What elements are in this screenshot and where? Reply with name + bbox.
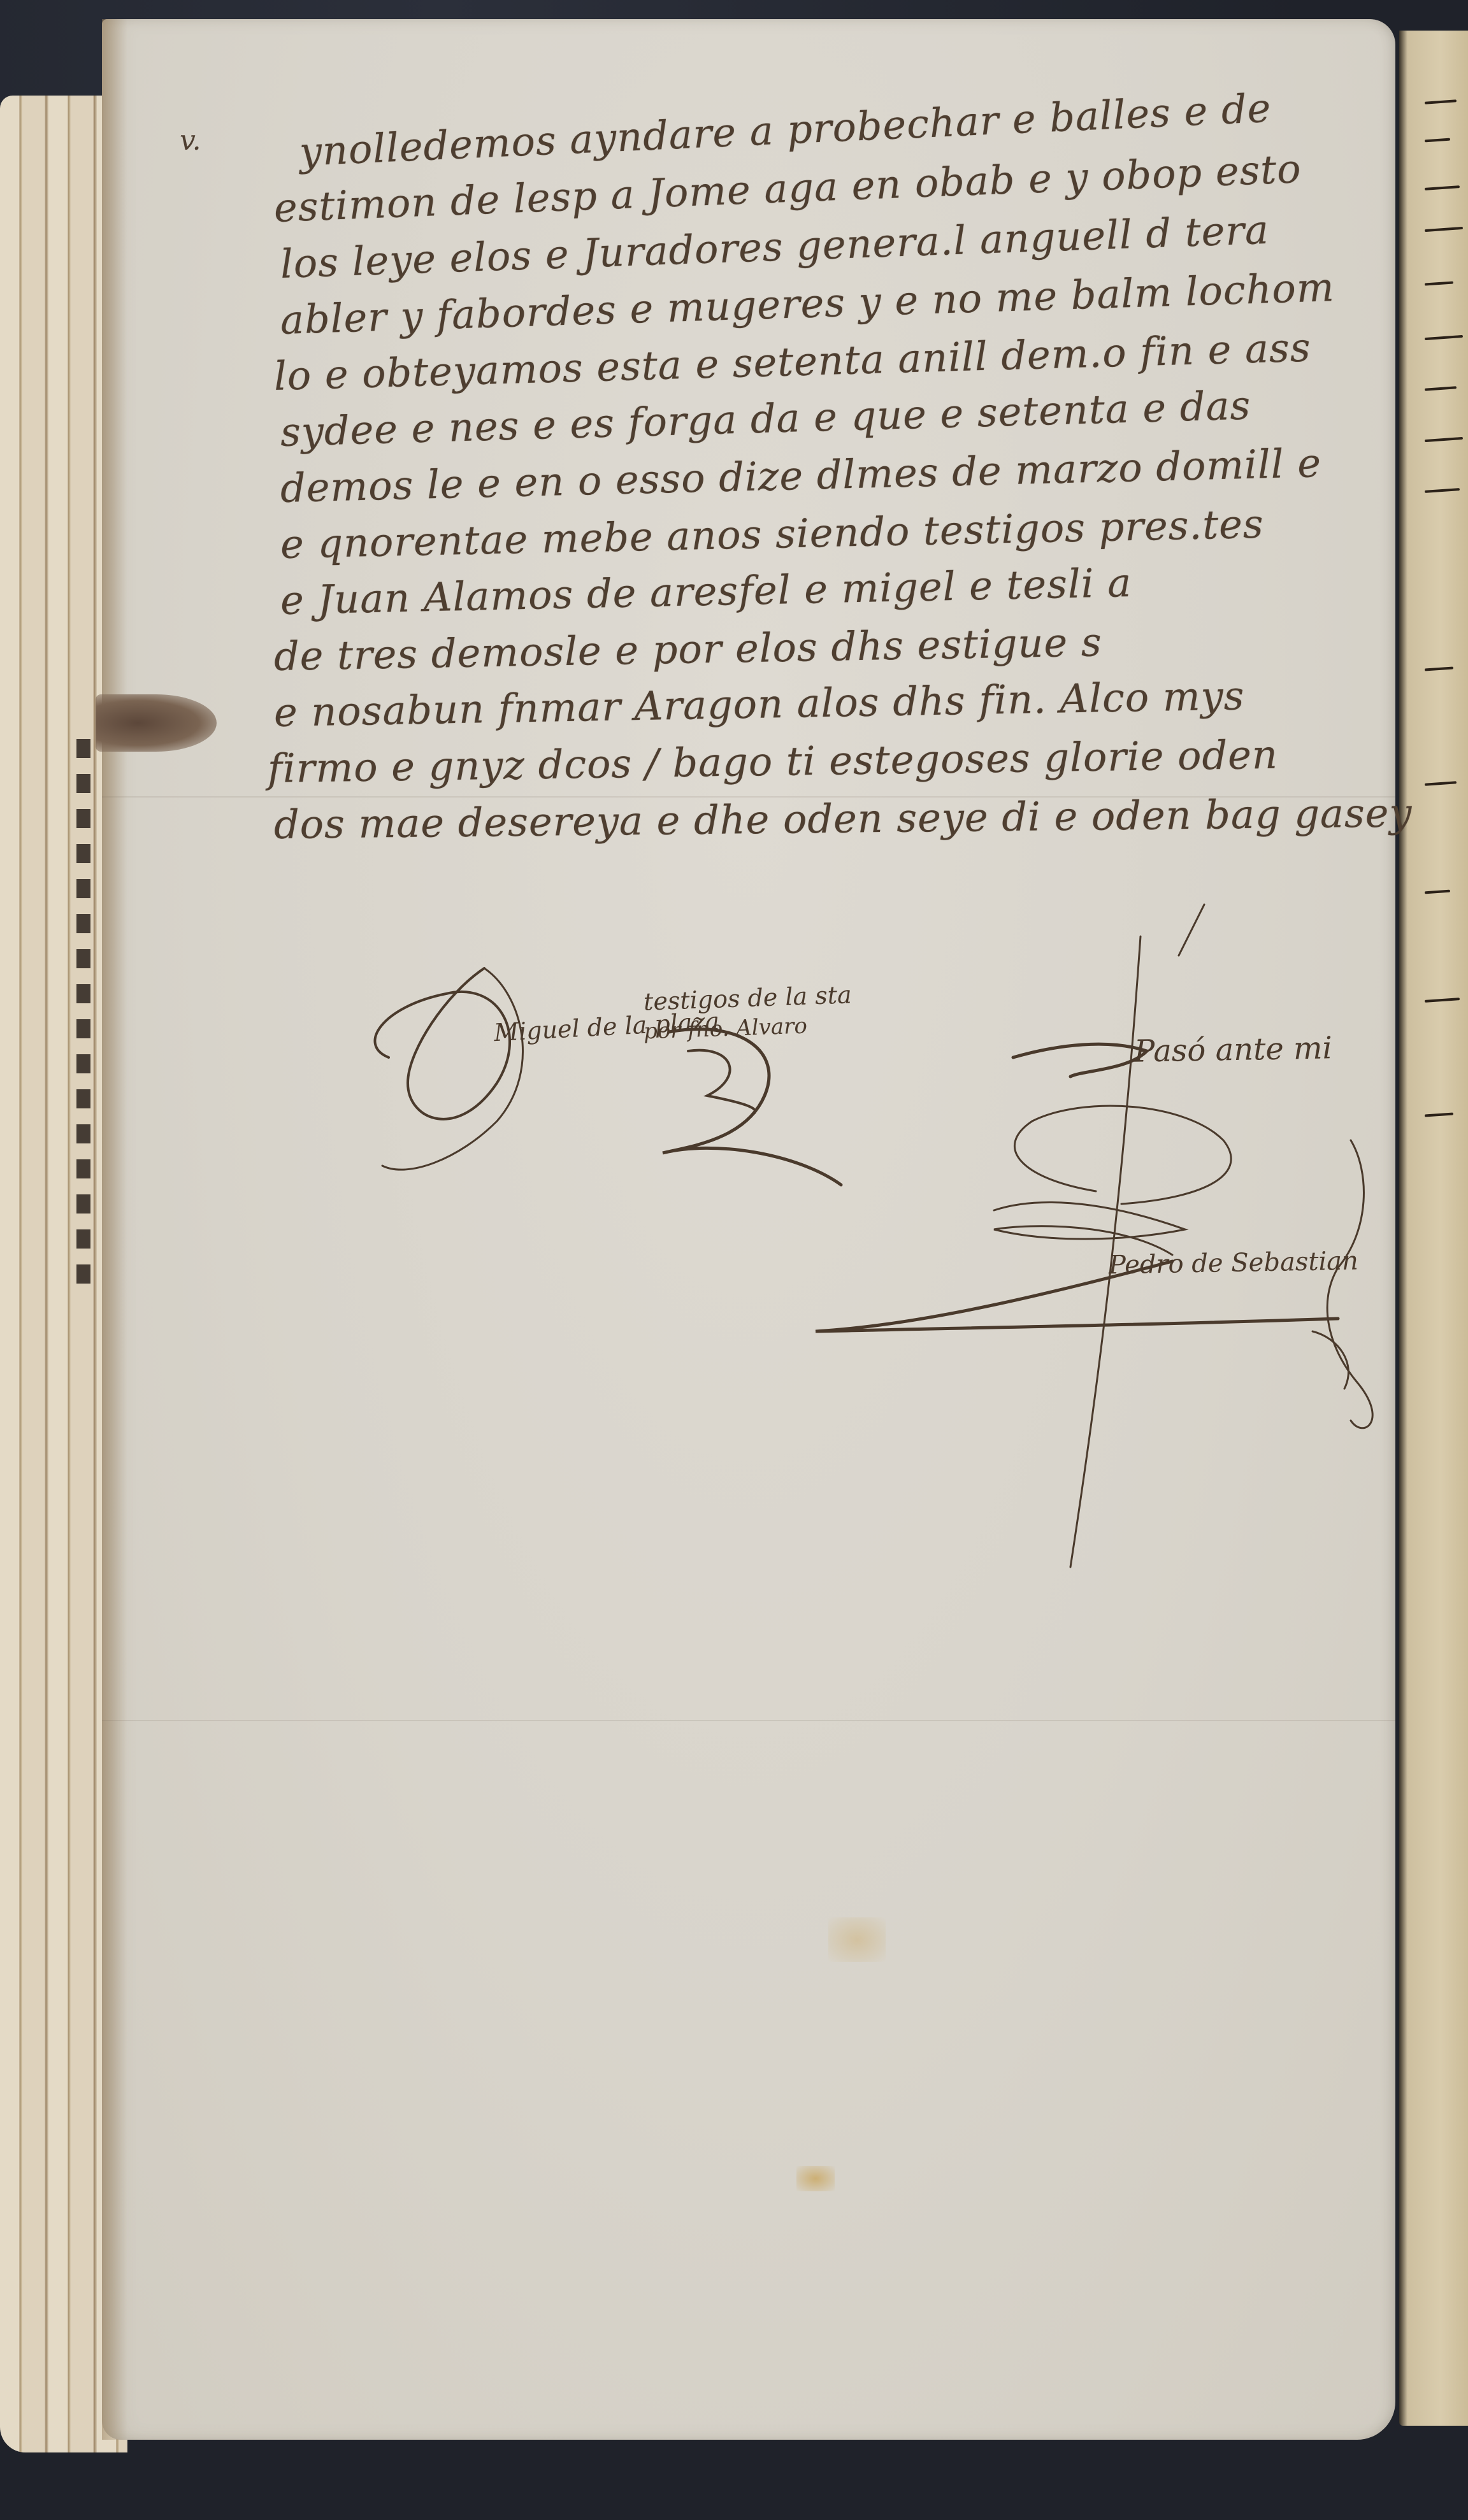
facing-ink-stroke	[1425, 335, 1463, 340]
facing-ink-stroke	[1425, 227, 1463, 232]
facing-ink-stroke	[1425, 437, 1463, 442]
facing-ink-stroke	[1425, 281, 1453, 285]
facing-ink-stroke	[1425, 386, 1457, 390]
facing-ink-stroke	[1425, 138, 1450, 143]
paper-crease	[102, 1720, 1395, 1721]
torn-edge	[76, 739, 90, 1299]
foxing-spot	[796, 2166, 835, 2191]
facing-ink-stroke	[1425, 99, 1457, 104]
signature-notary-paso-ante-mi: Pasó ante mi	[1134, 1030, 1333, 1069]
ink-stain	[96, 694, 217, 752]
foxing-spot	[828, 1917, 886, 1962]
text-line: dos mae desereya e dhe oden seye di e od…	[274, 785, 1409, 853]
facing-ink-stroke	[1425, 488, 1460, 493]
facing-ink-stroke	[1425, 666, 1453, 671]
facing-ink-stroke	[1425, 890, 1450, 894]
signature-5: Pedro de Sebastian	[1109, 1247, 1359, 1280]
facing-ink-stroke	[1425, 998, 1460, 1003]
gutter-shadow	[102, 19, 127, 2440]
facing-page-right	[1399, 31, 1468, 2426]
facing-ink-stroke	[1425, 1112, 1453, 1117]
folio-mark: v.	[180, 124, 201, 157]
facing-ink-stroke	[1425, 185, 1460, 190]
manuscript-text: ynolledemos ayndare a probechar e balles…	[299, 124, 1408, 853]
facing-ink-stroke	[1425, 781, 1457, 785]
